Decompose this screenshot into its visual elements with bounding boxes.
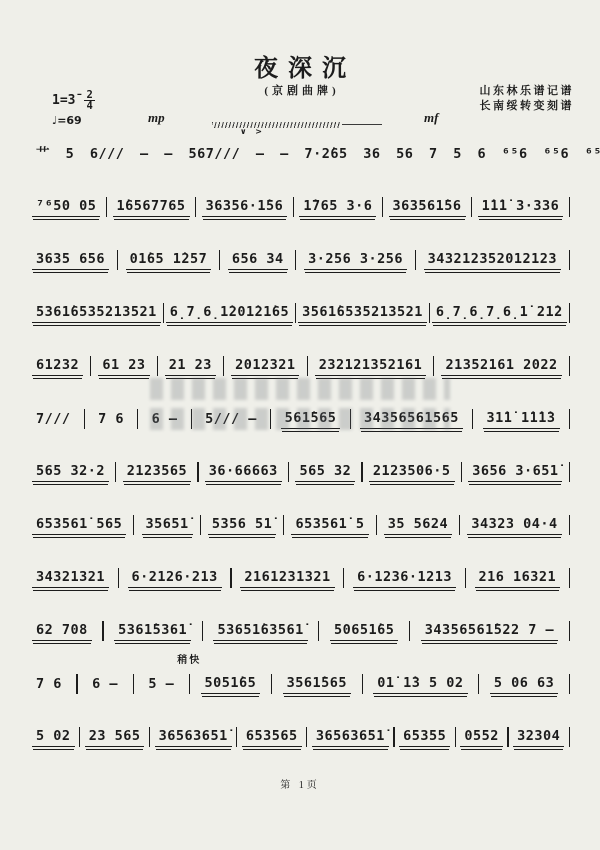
dynamic-mf: mf — [424, 110, 438, 126]
barline — [361, 462, 362, 482]
barline — [569, 409, 570, 429]
measure: 6̣7̣6̣1̇201̇21̇65 — [166, 304, 293, 323]
barline — [376, 515, 377, 535]
measure: 7 6 — [94, 411, 128, 429]
score-line: 6123261 2321 232012321232121352161213521… — [32, 350, 570, 376]
measure: 62 708 — [32, 622, 92, 641]
score-line: 3635 65601̇65 1̇257656 343·256 3·2563432… — [32, 244, 570, 270]
barline — [569, 356, 570, 376]
score-line: 62 7085361̇5361̇53651̇63561̇50651̇653435… — [32, 615, 570, 641]
measure: 6̣7̣6̣7̣6̣1̇ 21̇2 — [432, 304, 567, 323]
measure: 32304 — [513, 728, 564, 747]
measure: 6 — — [148, 411, 182, 429]
measure: 7/// — [32, 411, 75, 429]
measure: 653561̇ 565 — [32, 516, 126, 535]
measure: 565 32·2 — [32, 463, 109, 482]
measure: 61232 — [32, 357, 83, 376]
barline — [343, 568, 344, 588]
barline — [569, 568, 570, 588]
dynamic-mp: mp — [148, 110, 165, 126]
barline — [507, 727, 508, 747]
barline — [106, 197, 107, 217]
measure: 6·2126·213 — [128, 569, 222, 588]
measure: 6·1236·1213 — [353, 569, 456, 588]
measure: 565 32 — [295, 463, 355, 482]
credit-line-2: 长南绥转变刻谱 — [480, 99, 575, 114]
barline — [84, 409, 85, 429]
barline — [455, 727, 456, 747]
measure: 1̇765 3·6 — [299, 198, 376, 217]
barline — [230, 568, 231, 588]
barline — [471, 197, 472, 217]
barline — [293, 197, 294, 217]
tempo-label: 稍快 — [177, 651, 201, 666]
barline — [350, 409, 351, 429]
measure: 0552 — [460, 728, 503, 747]
barline — [191, 409, 192, 429]
measure: ⁷⁶50 05 — [32, 198, 100, 217]
barline — [283, 515, 284, 535]
score-body: 艹 5 6/// — — 567/// — — 7·2̇65 36 56 7 5… — [32, 138, 570, 774]
barline — [569, 621, 570, 641]
barline — [76, 674, 77, 694]
barline — [295, 303, 296, 323]
barline — [118, 568, 119, 588]
barline — [409, 621, 410, 641]
score-line: 653561̇ 56535651̇5356 51̇653561̇ 535 562… — [32, 509, 570, 535]
barline — [362, 674, 363, 694]
barline — [465, 568, 466, 588]
barline — [270, 409, 271, 429]
barline — [569, 197, 570, 217]
barline — [415, 250, 416, 270]
measure: 23 565 — [85, 728, 145, 747]
measure: 3·256 3·256 — [304, 251, 407, 270]
barline — [149, 727, 150, 747]
barline — [569, 674, 570, 694]
measure: 343212352012123 — [424, 251, 561, 270]
measure: 656 34 — [228, 251, 288, 270]
key-time-block: 1=3̄ 2 4 ♩=69 — [52, 90, 95, 127]
measure: 653561̇ 5 — [291, 516, 368, 535]
measure: 21 23 — [165, 357, 216, 376]
barline — [236, 727, 237, 747]
measure: 3561̇565 — [283, 675, 351, 694]
measure: 561̇565 — [281, 410, 341, 429]
page-title: 夜深沉 — [0, 48, 600, 83]
barline — [318, 621, 319, 641]
barline — [117, 250, 118, 270]
measure: 35651̇ — [142, 516, 193, 535]
measure: 2123506·5 — [369, 463, 455, 482]
page-number: 第 1页 — [0, 776, 600, 791]
barline — [295, 250, 296, 270]
measure: 34356561565 — [360, 410, 463, 429]
measure: 5051̇65 — [201, 675, 261, 694]
barline — [189, 674, 190, 694]
barline — [133, 674, 134, 694]
barline — [195, 197, 196, 217]
barline — [472, 409, 473, 429]
measure: 5361̇6535213521 — [32, 304, 161, 323]
barline — [223, 356, 224, 376]
barline — [137, 409, 138, 429]
bowing-accent-marks: ∨ > — [240, 127, 265, 136]
measure: 21352161 2022 — [441, 357, 561, 376]
score-line: 稍快7 66 —5 —5051̇653561̇56501̇ 1̇3 5 025 … — [32, 668, 570, 694]
score-line: 5361̇65352135216̣7̣6̣1̇201̇21̇653561̇653… — [32, 297, 570, 323]
measure: 36·66663 — [205, 463, 282, 482]
time-signature-denominator: 4 — [86, 101, 92, 111]
measure: 35 5624 — [384, 516, 452, 535]
score-line: ⁷⁶50 051̇656776536356·1̇561̇765 3·636356… — [32, 191, 570, 217]
measure: 6 — — [88, 676, 122, 694]
barline — [393, 727, 394, 747]
measure: 2161231321 — [240, 569, 334, 588]
measure: 5 02 — [32, 728, 75, 747]
measure: 3656 3·651̇ — [468, 463, 562, 482]
barline — [197, 462, 198, 482]
barline — [306, 727, 307, 747]
barline — [271, 674, 272, 694]
barline — [90, 356, 91, 376]
barline — [569, 727, 570, 747]
barline — [478, 674, 479, 694]
measure: 艹 5 6/// — — 567/// — — 7·2̇65 36 56 7 5… — [32, 142, 578, 164]
tempo-marking: ♩=69 — [52, 114, 95, 127]
barline — [569, 515, 570, 535]
measure: 65355 — [399, 728, 450, 747]
measure: 363561̇56 — [389, 198, 466, 217]
score-line: 565 32·2212356536·66663565 322123506·536… — [32, 456, 570, 482]
barline — [382, 197, 383, 217]
measure: 653565 — [242, 728, 302, 747]
score-line: 5 0223 56536563651̇65356536563651̇653550… — [32, 721, 570, 747]
barline — [157, 356, 158, 376]
barline — [569, 303, 570, 323]
barline — [429, 303, 430, 323]
measure: 5361̇5361̇ — [114, 622, 191, 641]
score-line: 7///7 66 —5/// —561̇5653435656156531̇1̇ … — [32, 403, 570, 429]
barline — [200, 515, 201, 535]
measure: 50651̇65 — [330, 622, 398, 641]
barline — [115, 462, 116, 482]
barline — [219, 250, 220, 270]
tremolo-line — [212, 122, 340, 128]
barline — [133, 515, 134, 535]
score-line: 艹 5 6/// — — 567/// — — 7·2̇65 36 56 7 5… — [32, 138, 570, 164]
barline — [569, 250, 570, 270]
key-signature: 1=3̄ — [52, 93, 75, 108]
measure: 3561̇6535213521 — [298, 304, 427, 323]
barline — [433, 356, 434, 376]
measure: 7 6 — [32, 676, 66, 694]
barline — [163, 303, 164, 323]
measure: 5/// — — [201, 411, 261, 429]
barline — [307, 356, 308, 376]
barline — [569, 462, 570, 482]
measure: 36356·1̇56 — [202, 198, 288, 217]
barline — [79, 727, 80, 747]
measure: 36563651̇ — [155, 728, 232, 747]
measure: 34323 04·4 — [467, 516, 561, 535]
measure: 34321321 — [32, 569, 109, 588]
measure: 5356 51̇ — [208, 516, 276, 535]
barline — [102, 621, 103, 641]
barline — [288, 462, 289, 482]
measure: 5 06 63 — [490, 675, 558, 694]
measure: 2012321 — [231, 357, 299, 376]
time-signature: 2 4 — [84, 90, 94, 111]
measure: 3635 656 — [32, 251, 109, 270]
measure: 01̇ 1̇3 5 02 — [373, 675, 467, 694]
measure: 61 23 — [98, 357, 149, 376]
measure: 232121352161 — [315, 357, 427, 376]
barline — [461, 462, 462, 482]
barline — [202, 621, 203, 641]
measure: 31̇1̇ 1̇1̇1̇3 — [483, 410, 560, 429]
measure: 5 — — [144, 676, 178, 694]
measure: 1̇6567765 — [113, 198, 190, 217]
measure: 34356561̇522 7 — — [421, 622, 558, 641]
measure: 1̇1̇1̇ 3·336 — [478, 198, 564, 217]
score-line: 343213216·2126·21321612313216·1236·12132… — [32, 562, 570, 588]
measure: 53651̇63561̇ — [213, 622, 307, 641]
measure: 01̇65 1̇257 — [126, 251, 212, 270]
measure: 36563651̇ — [312, 728, 389, 747]
sheet-music-page: 山东林乐谱记谱 长南绥转变刻谱 夜深沉 (京剧曲牌) 1=3̄ 2 4 ♩=69… — [0, 0, 600, 850]
measure: 216 16321 — [475, 569, 561, 588]
barline — [459, 515, 460, 535]
measure: 2123565 — [123, 463, 191, 482]
